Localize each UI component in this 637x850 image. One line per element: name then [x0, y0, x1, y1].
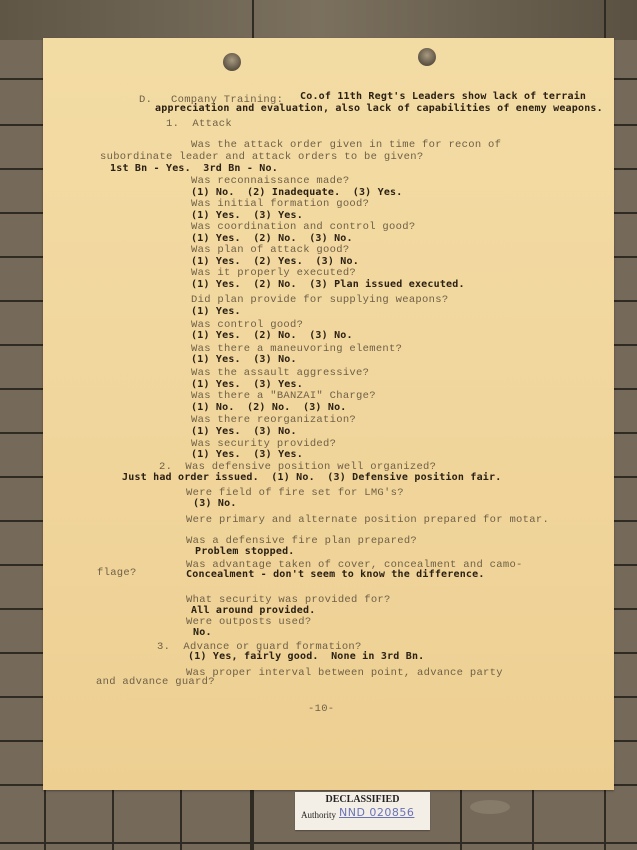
question-text: Was coordination and control good? [191, 221, 415, 233]
answer-text: (1) Yes. (3) No. [191, 354, 297, 366]
answer-text: 1st Bn - Yes. 3rd Bn - No. [110, 163, 278, 175]
grid-line [180, 790, 182, 850]
question-text: Did plan provide for supplying weapons? [191, 294, 448, 306]
question-text: Was there a "BANZAI" Charge? [191, 390, 376, 402]
question-text: flage? [97, 567, 137, 579]
stamp-authority-value: NND 020856 [339, 806, 414, 819]
question-text: Was initial formation good? [191, 198, 369, 210]
stamp-authority-label: Authority [301, 810, 336, 820]
question-text: Were primary and alternate position prep… [186, 514, 549, 526]
question-text: Was reconnaissance made? [191, 175, 349, 187]
answer-text: (1) Yes, fairly good. None in 3rd Bn. [188, 651, 424, 663]
question-text: Was plan of attack good? [191, 244, 349, 256]
question-text: Was the attack order given in time for r… [191, 139, 501, 151]
punch-hole [223, 53, 241, 71]
grid-line [250, 790, 252, 850]
stain [470, 800, 510, 814]
answer-text: Just had order issued. (1) No. (3) Defen… [122, 472, 501, 484]
grid-line [112, 790, 114, 850]
answer-text: (1) No. (2) No. (3) No. [191, 402, 347, 414]
answer-text: (1) Yes. (2) No. (3) No. [191, 330, 353, 342]
page-number: -10- [308, 703, 334, 715]
answer-text: (1) Yes. (2) No. (3) Plan issued execute… [191, 279, 465, 291]
question-text: Was proper interval between point, advan… [186, 667, 503, 679]
declassified-stamp: DECLASSIFIED Authority NND 020856 [295, 792, 430, 830]
section-letter: D. [139, 94, 152, 106]
answer-text: No. [193, 627, 212, 639]
question-text: Was it properly executed? [191, 267, 356, 279]
answer-text: (1) Yes. (3) Yes. [191, 449, 303, 461]
grid-line [44, 790, 46, 850]
subsection-attack: 1. Attack [166, 118, 232, 130]
grid-line [532, 790, 534, 850]
punch-hole [418, 48, 436, 66]
answer-text: (1) Yes. [191, 306, 241, 318]
section-note-line2: appreciation and evaluation, also lack o… [155, 103, 603, 115]
grid-line [0, 842, 637, 844]
document-page: D. Company Training: Co.of 11th Regt's L… [43, 38, 614, 790]
question-text: Was the assault aggressive? [191, 367, 369, 379]
section-note-line1: Co.of 11th Regt's Leaders show lack of t… [300, 91, 586, 103]
question-text: and advance guard? [96, 676, 215, 688]
question-text: subordinate leader and attack orders to … [100, 151, 423, 163]
background-top [0, 0, 637, 40]
grid-line [460, 790, 462, 850]
answer-text: Concealment - don't seem to know the dif… [186, 569, 485, 581]
answer-text: Problem stopped. [195, 546, 295, 558]
answer-text: (1) Yes. (3) No. [191, 426, 297, 438]
stamp-title: DECLASSIFIED [295, 794, 430, 805]
answer-text: (3) No. [193, 498, 237, 510]
question-text: Was there reorganization? [191, 414, 356, 426]
